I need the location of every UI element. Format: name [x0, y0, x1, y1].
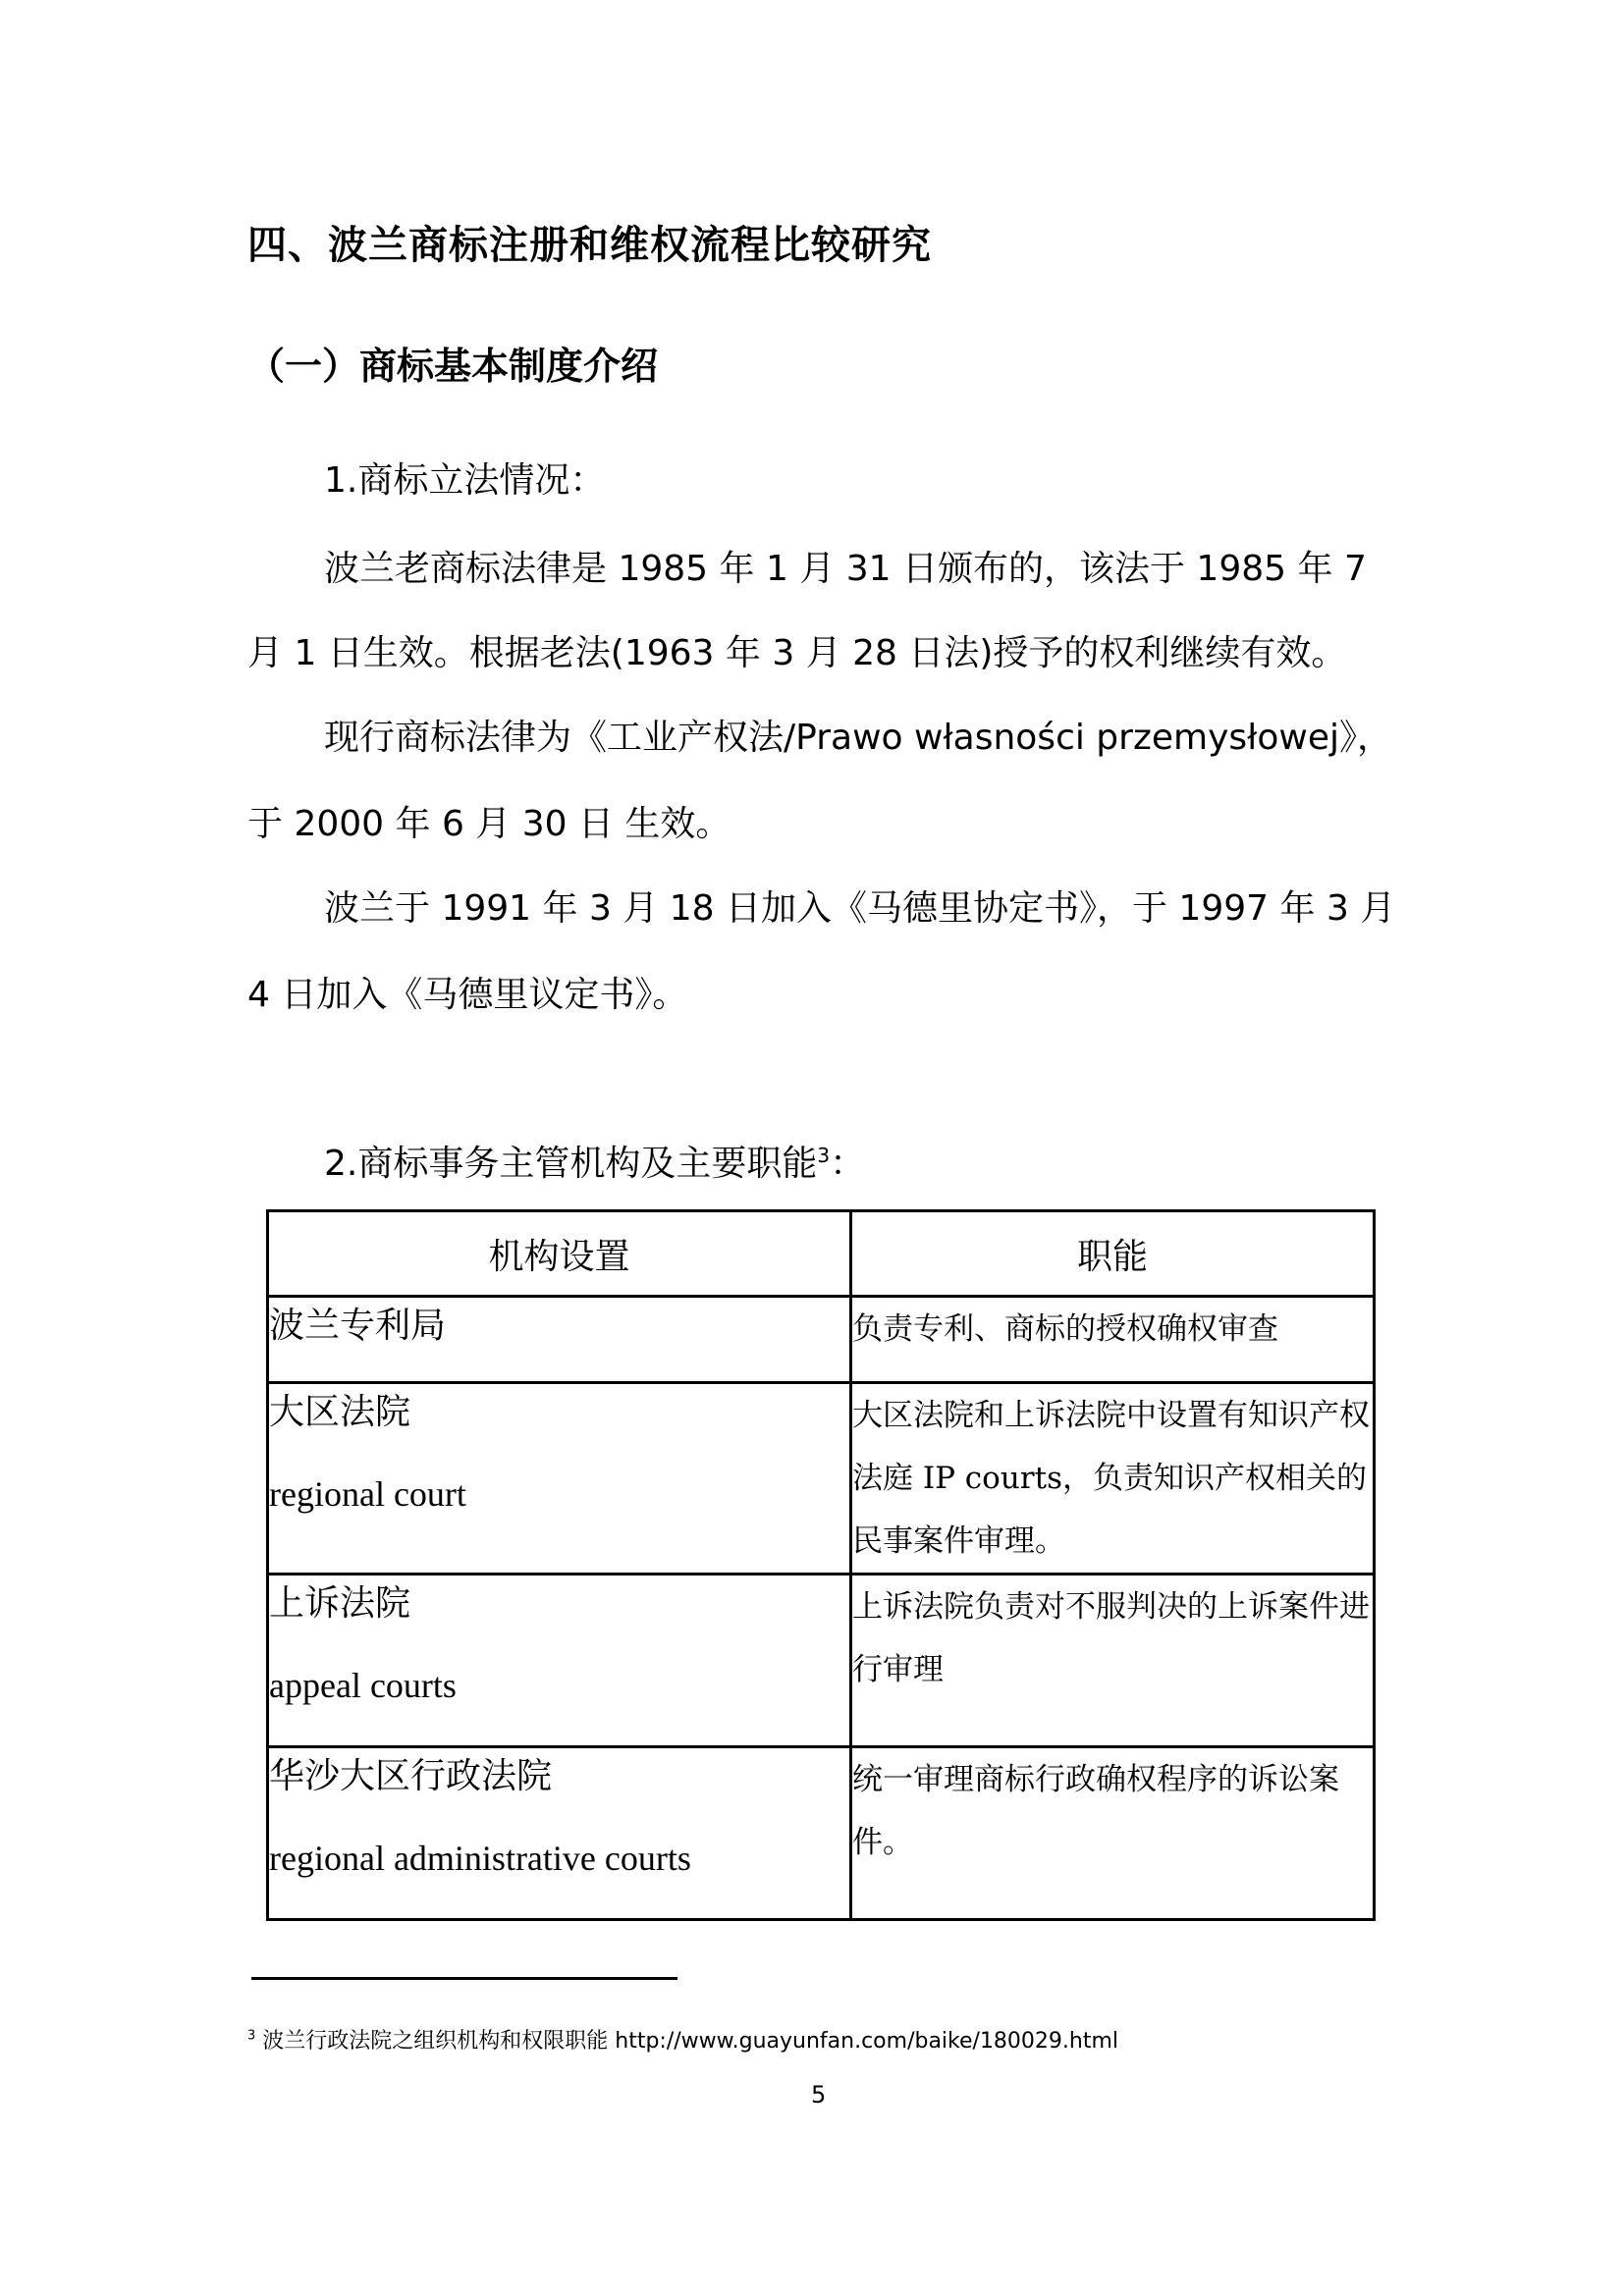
item2-title-colon: ：	[830, 1144, 865, 1184]
org-name-en: appeal courts	[269, 1665, 849, 1706]
paragraph-1-line-2: 月 1 日生效。根据老法(1963 年 3 月 28 日法)授予的权利继续有效。	[247, 632, 1346, 675]
table-row: 大区法院 regional court 大区法院和上诉法院中设置有知识产权法庭 …	[268, 1383, 1375, 1575]
function-cell: 上诉法院负责对不服判决的上诉案件进行审理	[851, 1575, 1375, 1747]
section-heading: 四、波兰商标注册和维权流程比较研究	[247, 214, 932, 270]
function-cell: 统一审理商标行政确权程序的诉讼案件。	[851, 1747, 1375, 1920]
organization-table: 机构设置 职能 波兰专利局 负责专利、商标的授权确权审查 大区法院 region…	[266, 1209, 1376, 1921]
org-name-en: regional court	[269, 1473, 849, 1515]
org-cell: 上诉法院 appeal courts	[268, 1575, 851, 1747]
header-org: 机构设置	[268, 1211, 851, 1297]
footnote-text[interactable]: 波兰行政法院之组织机构和权限职能 http://www.guayunfan.co…	[255, 2029, 1118, 2054]
org-name-cn: 大区法院	[269, 1392, 410, 1432]
paragraph-3-line-1: 波兰于 1991 年 3 月 18 日加入《马德里协定书》，于 1997 年 3…	[324, 887, 1395, 931]
footnote: 3 波兰行政法院之组织机构和权限职能 http://www.guayunfan.…	[247, 2024, 1118, 2055]
subsection-heading: （一）商标基本制度介绍	[247, 336, 658, 390]
paragraph-2-line-2: 于 2000 年 6 月 30 日 生效。	[247, 803, 731, 846]
org-cell: 大区法院 regional court	[268, 1383, 851, 1575]
table-row: 上诉法院 appeal courts 上诉法院负责对不服判决的上诉案件进行审理	[268, 1575, 1375, 1747]
paragraph-2-line-1: 现行商标法律为《工业产权法/Prawo własności przemysłow…	[324, 717, 1392, 760]
org-name-cn: 华沙大区行政法院	[269, 1756, 552, 1796]
org-name-cn: 上诉法院	[269, 1583, 410, 1624]
footnote-separator	[251, 1977, 677, 1980]
table-row: 波兰专利局 负责专利、商标的授权确权审查	[268, 1297, 1375, 1383]
function-cell: 大区法院和上诉法院中设置有知识产权法庭 IP courts，负责知识产权相关的民…	[851, 1383, 1375, 1575]
paragraph-3-line-2: 4 日加入《马德里议定书》。	[247, 974, 687, 1017]
footnote-ref[interactable]: 3	[817, 1144, 830, 1167]
org-cell: 华沙大区行政法院 regional administrative courts	[268, 1747, 851, 1920]
item2-title: 2.商标事务主管机构及主要职能3：	[324, 1143, 865, 1186]
org-name-cn: 波兰专利局	[269, 1306, 446, 1346]
page-number: 5	[811, 2081, 826, 2109]
table-row: 华沙大区行政法院 regional administrative courts …	[268, 1747, 1375, 1920]
org-name-en: regional administrative courts	[269, 1838, 849, 1879]
table-header-row: 机构设置 职能	[268, 1211, 1375, 1297]
item1-title: 1.商标立法情况：	[324, 459, 605, 503]
function-cell: 负责专利、商标的授权确权审查	[851, 1297, 1375, 1383]
org-cell: 波兰专利局	[268, 1297, 851, 1383]
header-function: 职能	[851, 1211, 1375, 1297]
paragraph-1-line-1: 波兰老商标法律是 1985 年 1 月 31 日颁布的，该法于 1985 年 7	[324, 548, 1367, 591]
item2-title-text: 2.商标事务主管机构及主要职能	[324, 1144, 817, 1184]
